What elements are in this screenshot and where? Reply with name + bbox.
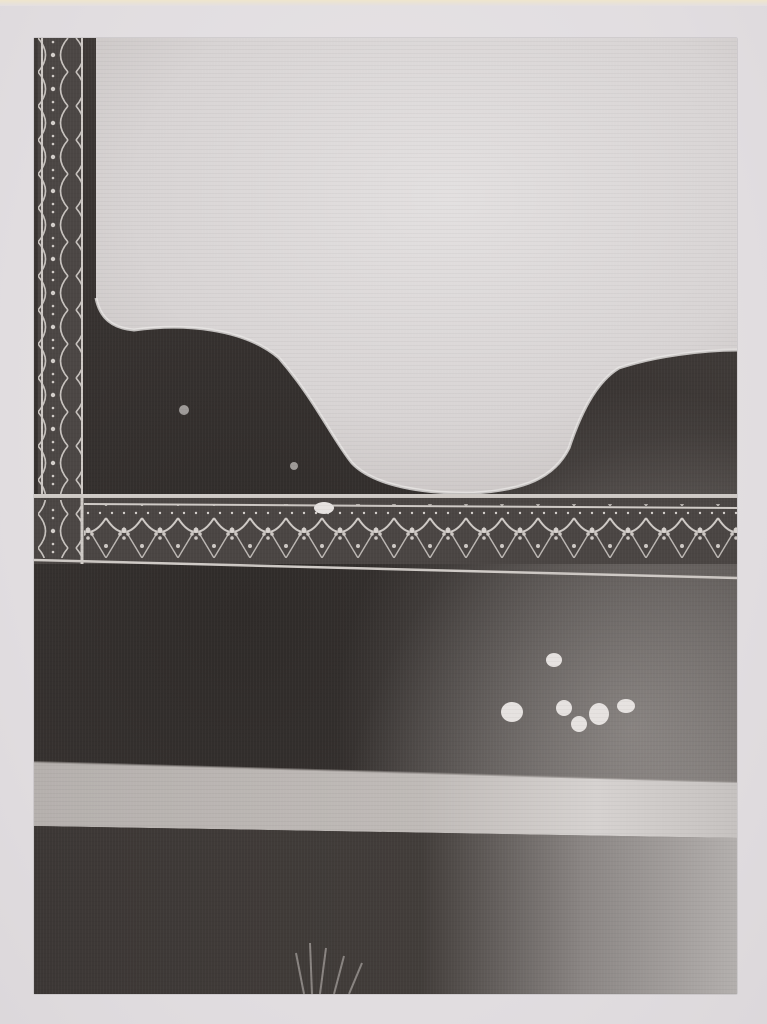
fresco-artwork	[34, 38, 737, 994]
light-horizontal-band	[34, 762, 737, 838]
vertical-ornament-border	[38, 38, 82, 494]
fresco-photograph	[34, 38, 737, 994]
mount-top-edge	[0, 0, 767, 6]
plaster-panel	[96, 38, 737, 493]
dark-dado	[34, 826, 737, 994]
ornamental-frieze	[34, 494, 737, 578]
